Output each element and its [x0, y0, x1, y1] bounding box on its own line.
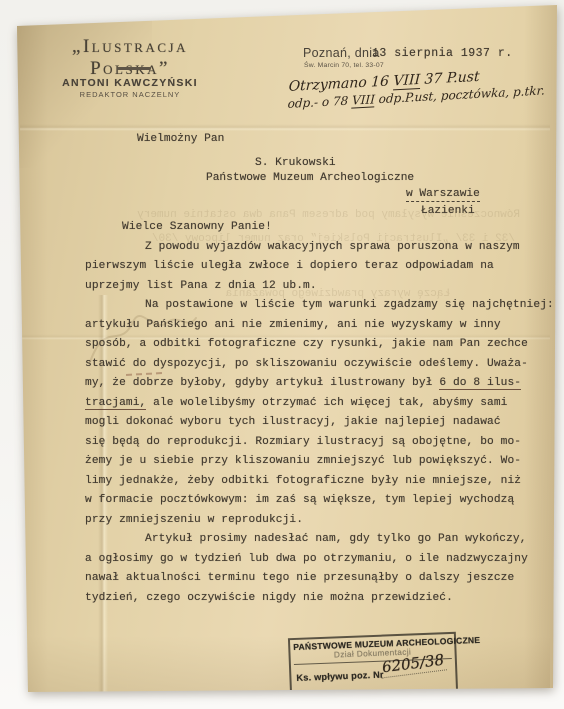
- letter-body: Wielce Szanowny Panie! Z powodu wyjazdów…: [85, 218, 527, 608]
- scanned-letter-page: Równocześnie wysyłamy pod adresem Pana d…: [0, 0, 564, 709]
- body-line: my, że dobrze byłoby, gdyby artykuł ilus…: [85, 374, 527, 394]
- body-line: Artykuł prosimy nadesłać nam, gdy tylko …: [85, 530, 527, 550]
- stamp-entry-label: Ks. wpływu poz. Nr: [296, 670, 384, 683]
- recipient-city: w Warszawie: [406, 188, 480, 202]
- body-line: przy zmniejszeniu w reprodukcji.: [85, 511, 527, 531]
- letterhead-street-address: Św. Marcin 70, tel. 33-07: [304, 62, 384, 69]
- letter-paper: Równocześnie wysyłamy pod adresem Pana d…: [0, 0, 564, 709]
- body-line: stawić do dyspozycji, po skliszowaniu oc…: [85, 355, 527, 375]
- stamp-entry-row: Ks. wpływu poz. Nr 6205/38: [294, 658, 453, 686]
- recipient-honorific: Wielmożny Pan: [137, 133, 224, 145]
- paper-edge-shading: [14, 24, 48, 692]
- recipient-location: Łazienki: [421, 205, 475, 217]
- dateline-date: 13 sierpnia 1937 r.: [372, 47, 513, 60]
- body-line: Z powodu wyjazdów wakacyjnych sprawa por…: [85, 238, 527, 258]
- body-line: tydzień, czego oczywiście nigdy nie możn…: [85, 589, 527, 609]
- body-line: nawał aktualności terminu tego nie przes…: [85, 569, 527, 589]
- underlined-text: 6 do 8 ilus-: [439, 377, 521, 390]
- body-line: uprzejmy list Pana z dnia 12 ub.m.: [85, 277, 527, 297]
- letter-greeting: Wielce Szanowny Panie!: [85, 218, 527, 238]
- dateline-place: Poznań, dnia: [303, 46, 380, 60]
- body-line: się będą do reprodukcji. Rozmiary ilustr…: [85, 433, 527, 453]
- museum-receipt-stamp: PAŃSTWOWE MUZEUM ARCHEOLOGICZNE Dział Do…: [288, 632, 458, 698]
- body-line: artykułu Pańskiego ani nie zmienimy, ani…: [85, 316, 527, 336]
- recipient-institution: Państwowe Muzeum Archeologiczne: [206, 172, 414, 184]
- body-line: limy jednakże, żeby odbitki fotograficzn…: [85, 472, 527, 492]
- letterhead-editor-name: ANTONI KAWCZYŃSKI: [38, 77, 222, 89]
- body-line: mogli dokonać wyboru tych ilustracyj, ja…: [85, 413, 527, 433]
- paper-crease: [20, 124, 550, 131]
- letterhead-editor-title: REDAKTOR NACZELNY: [38, 90, 222, 99]
- body-line: Na postawione w liście tym warunki zgadz…: [85, 296, 527, 316]
- letterhead-company-name: „Ilustracja Polska”: [38, 36, 222, 80]
- body-line: żemy je u siebie przy kliszowaniu zmniej…: [85, 452, 527, 472]
- body-line: w formacie pocztówkowym: im zaś są więks…: [85, 491, 527, 511]
- body-line: pierwszym liście uległa zwłoce i dopiero…: [85, 257, 527, 277]
- paper-sheet: Równocześnie wysyłamy pod adresem Pana d…: [0, 0, 564, 709]
- letterhead-rule: [117, 67, 151, 70]
- body-line: a ogłosimy go w tydzień lub dwa po otrzy…: [85, 550, 527, 570]
- paper-edge-shading: [524, 0, 557, 700]
- body-line: sposób, a odbitki fotograficzne czy rysu…: [85, 335, 527, 355]
- handwritten-receipt-note: Otrzymano 16 VIII 37 P.ust odp.- o 78 VI…: [287, 65, 550, 113]
- recipient-name: S. Krukowski: [255, 157, 336, 169]
- underlined-text: tracjami,: [85, 397, 146, 410]
- body-line: tracjami, ale wolelibyśmy otrzymać ich w…: [85, 394, 527, 414]
